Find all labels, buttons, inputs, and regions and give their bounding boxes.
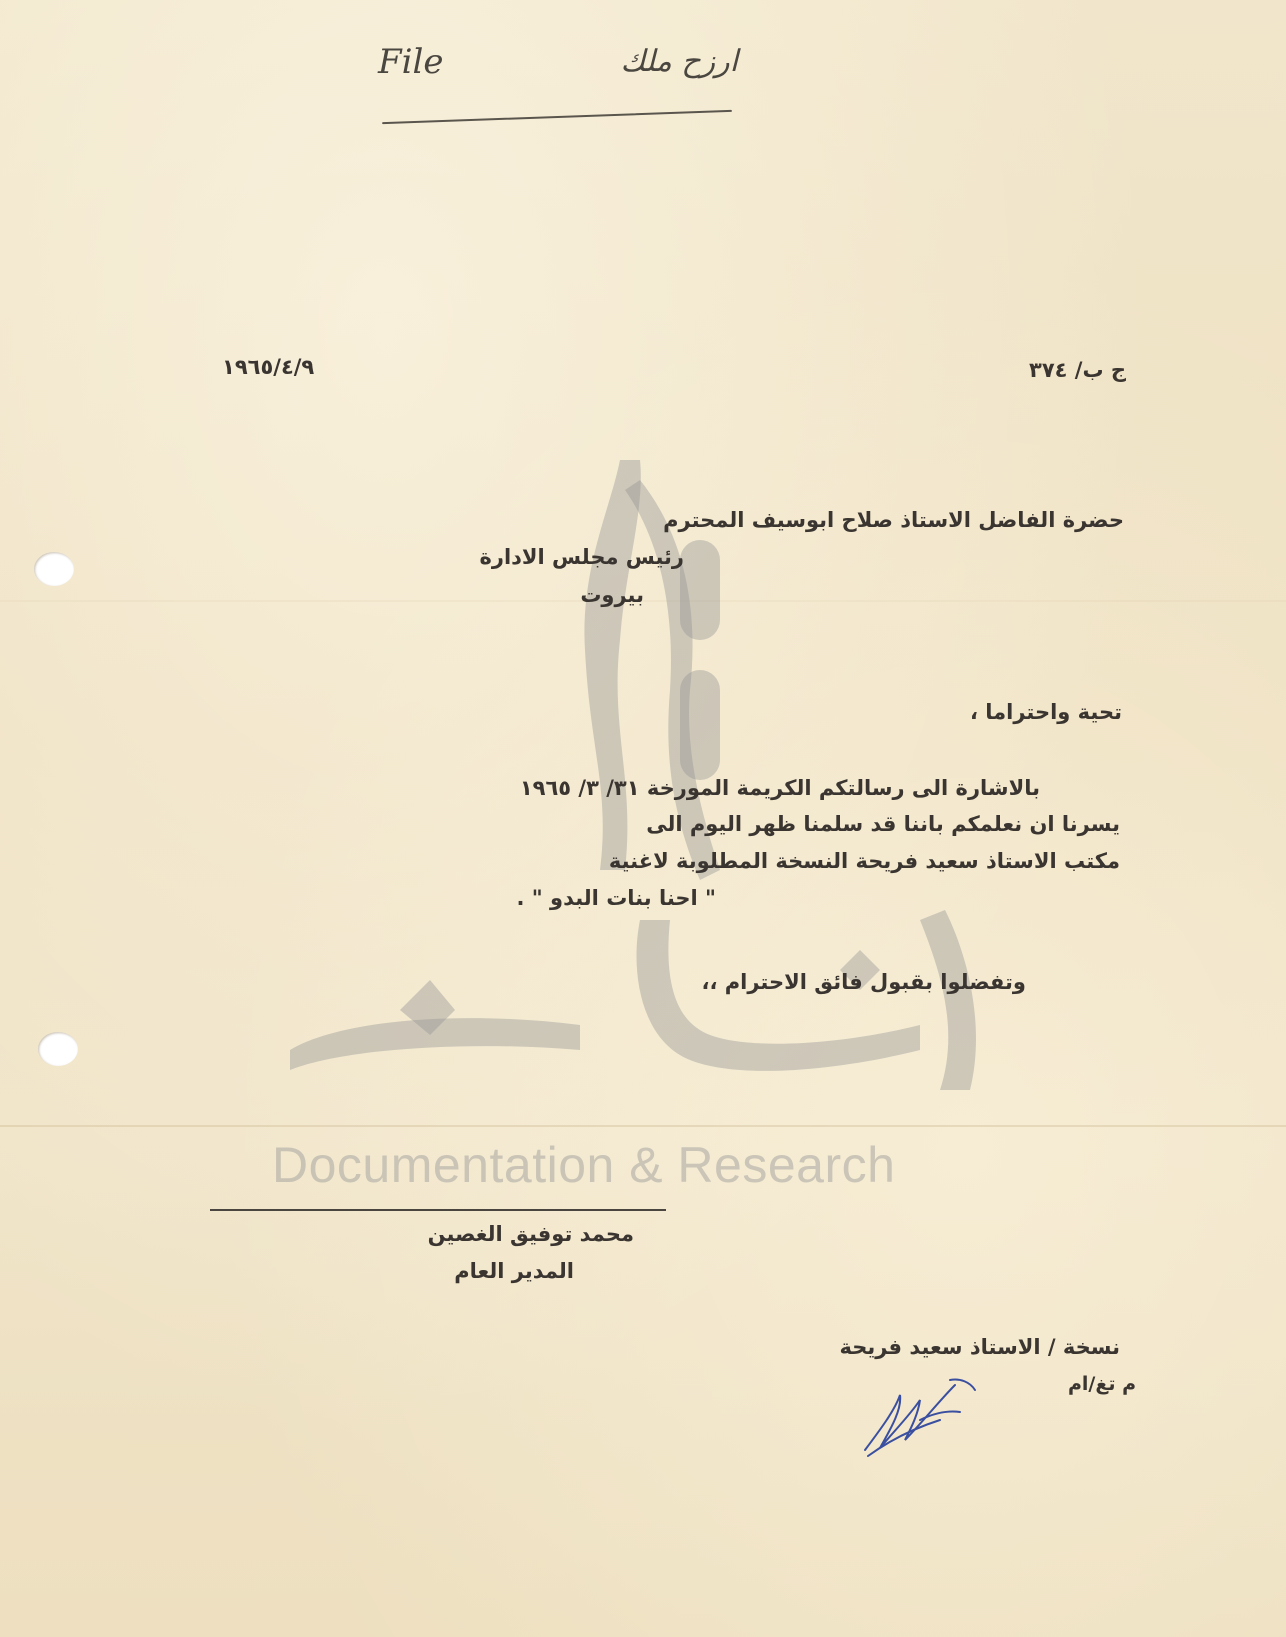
watermark-text-english: Documentation & Research bbox=[272, 1136, 895, 1194]
handwritten-note-arabic: ارزح ملك bbox=[621, 44, 739, 79]
greeting: تحية واحتراما ، bbox=[970, 700, 1122, 724]
body-line-3: مكتب الاستاذ سعيد فريحة النسخة المطلوبة … bbox=[609, 849, 1120, 873]
signatory-name: محمد توفيق الغصين bbox=[428, 1222, 634, 1246]
closing: وتفضلوا بقبول فائق الاحترام ،، bbox=[702, 970, 1027, 994]
addressee-line-2: رئيس مجلس الادارة bbox=[479, 545, 684, 569]
body-line-4: " احنا بنات البدو " . bbox=[517, 886, 717, 910]
body-line-2: يسرنا ان نعلمكم باننا قد سلمنا ظهر اليوم… bbox=[646, 812, 1120, 836]
typist-initials: م تغ/ام bbox=[1068, 1373, 1136, 1395]
punch-hole-top bbox=[34, 552, 74, 586]
handwritten-signature-icon bbox=[860, 1370, 980, 1460]
letter-date: ١٩٦٥/٤/٩ bbox=[222, 355, 314, 379]
reference-number: ج ب/ ٣٧٤ bbox=[1029, 358, 1126, 382]
signatory-title: المدير العام bbox=[454, 1259, 574, 1283]
copy-to: نسخة / الاستاذ سعيد فريحة bbox=[839, 1335, 1120, 1359]
punch-hole-bottom bbox=[38, 1032, 78, 1066]
signature-rule bbox=[210, 1209, 666, 1211]
handwritten-note-latin: File bbox=[378, 42, 443, 82]
addressee-line-3: بيروت bbox=[580, 583, 644, 607]
body-line-1: بالاشارة الى رسالتكم الكريمة المورخة ٣١/… bbox=[520, 776, 1040, 800]
addressee-line-1: حضرة الفاضل الاستاذ صلاح ابوسيف المحترم bbox=[663, 508, 1124, 532]
